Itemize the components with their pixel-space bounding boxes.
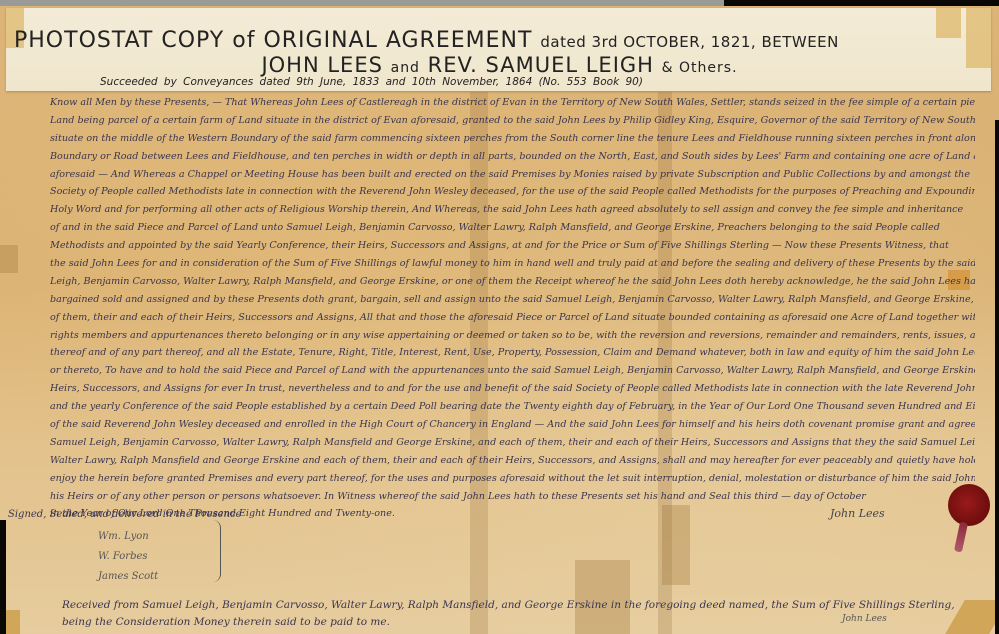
party-a: JOHN LEES — [261, 53, 382, 77]
deed-line: Boundary or Road between Lees and Fieldh… — [50, 148, 975, 166]
tape-stain — [0, 245, 18, 273]
tape — [936, 8, 961, 38]
scan-edge — [0, 520, 6, 634]
deed-line: bargained sold and assigned and by these… — [50, 291, 975, 309]
deed-line: of them, their and each of their Heirs, … — [50, 309, 975, 327]
header-title: PHOTOSTAT COPY of ORIGINAL AGREEMENT dat… — [14, 28, 839, 53]
header-succeeded: Succeeded by Conveyances dated 9th June,… — [100, 76, 643, 88]
seal-ribbon-icon — [954, 521, 968, 552]
receipt-signature: John Lees — [842, 611, 887, 628]
deed-line: thereof and of any part thereof, and all… — [50, 344, 975, 362]
brace-icon — [210, 520, 221, 582]
parties-others: & Others. — [662, 60, 738, 76]
deed-line: his Heirs or of any other person or pers… — [50, 488, 975, 506]
witness-signature: James Scott — [98, 567, 158, 587]
deed-line: of and in the said Piece and Parcel of L… — [50, 219, 975, 237]
party-b: REV. SAMUEL LEIGH — [428, 53, 654, 77]
deed-line: Holy Word and for performing all other a… — [50, 201, 975, 219]
wax-seal-icon — [948, 484, 990, 526]
deed-line: or thereto, To have and to hold the said… — [50, 362, 975, 380]
receipt: Received from Samuel Leigh, Benjamin Car… — [62, 597, 992, 631]
deed-line: Walter Lawry, Ralph Mansfield and George… — [50, 452, 975, 470]
deed-line: Society of People called Methodists late… — [50, 183, 975, 201]
deed-line: rights members and appurtenances thereto… — [50, 327, 975, 345]
witness-signature: W. Forbes — [98, 547, 158, 567]
scan-edge — [0, 0, 999, 6]
title-date: dated 3rd OCTOBER, 1821, BETWEEN — [540, 33, 838, 51]
deed-line: the said John Lees for and in considerat… — [50, 255, 975, 273]
header-parties: JOHN LEES and REV. SAMUEL LEIGH & Others… — [0, 53, 999, 77]
title-main: PHOTOSTAT COPY of ORIGINAL AGREEMENT — [14, 28, 532, 53]
deed-line: enjoy the herein before granted Premises… — [50, 470, 975, 488]
deed-body: Know all Men by these Presents, — That W… — [50, 94, 975, 523]
deed-line: situate on the middle of the Western Bou… — [50, 130, 975, 148]
deed-line: Methodists and appointed by the said Yea… — [50, 237, 975, 255]
scan-edge — [995, 120, 999, 634]
deed-line: Know all Men by these Presents, — That W… — [50, 94, 975, 112]
deed-line: of the said Reverend John Wesley decease… — [50, 416, 975, 434]
deed-line: and the yearly Conference of the said Pe… — [50, 398, 975, 416]
deed-line: Samuel Leigh, Benjamin Carvosso, Walter … — [50, 434, 975, 452]
deed-line: aforesaid — And Whereas a Chappel or Mee… — [50, 166, 975, 184]
deed-line: Heirs, Successors, and Assigns for ever … — [50, 380, 975, 398]
deed-line: Leigh, Benjamin Carvosso, Walter Lawry, … — [50, 273, 975, 291]
witness-list: Wm. Lyon W. Forbes James Scott — [98, 527, 158, 587]
deed-document: PHOTOSTAT COPY of ORIGINAL AGREEMENT dat… — [0, 0, 999, 634]
deed-line: Land being parcel of a certain farm of L… — [50, 112, 975, 130]
witness-signature: Wm. Lyon — [98, 527, 158, 547]
grantor-signature: John Lees — [830, 507, 885, 520]
attestation-label: Signed, Sealed, and delivered in the Pre… — [8, 509, 242, 520]
parties-and: and — [391, 60, 420, 76]
